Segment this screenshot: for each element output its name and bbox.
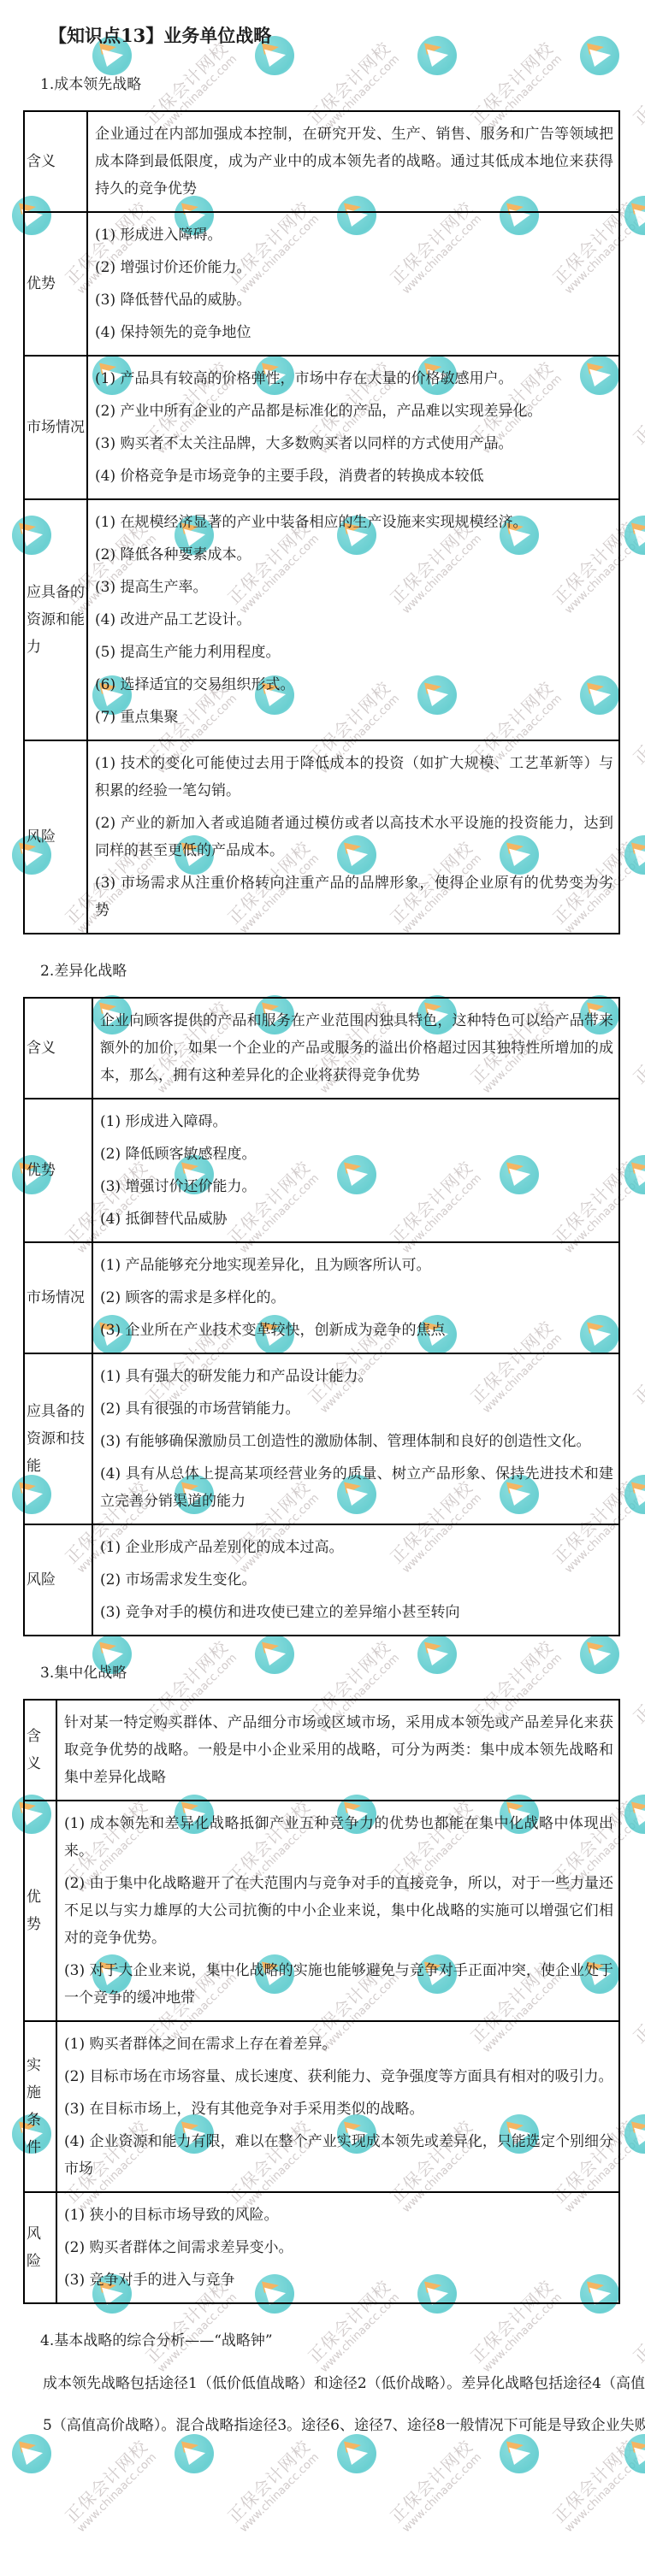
- cell-item: (2) 降低各种要素成本。: [95, 541, 613, 569]
- cell-item: (1) 技术的变化可能使过去用于降低成本的投资（如扩大规模、工艺革新等）与积累的…: [95, 750, 613, 805]
- table-row: 风险 (1) 企业形成产品差别化的成本过高。 (2) 市场需求发生变化。 (3)…: [25, 1524, 618, 1635]
- cell-item: (2) 产业中所有企业的产品都是标准化的产品，产品难以实现差异化。: [95, 398, 613, 425]
- table-row: 优势 (1) 形成进入障碍。 (2) 降低顾客敏感程度。 (3) 增强讨价还价能…: [25, 1098, 618, 1241]
- row-content: (1) 在规模经济显著的产业中装备相应的生产设施来实现规模经济。 (2) 降低各…: [88, 500, 618, 740]
- row-label: 风险: [25, 1525, 93, 1635]
- cell-item: (1) 企业形成产品差别化的成本过高。: [100, 1534, 613, 1561]
- cell-item: (3) 企业所在产业技术变革较快，创新成为竞争的焦点: [100, 1317, 613, 1344]
- row-label: 含义: [25, 999, 93, 1098]
- watermark-text: 正保会计网校www.chinaacc.com: [549, 2437, 645, 2536]
- cell-item: (3) 竞争对手的进入与竞争: [64, 2267, 613, 2294]
- cell-item: (2) 降低顾客敏感程度。: [100, 1141, 613, 1168]
- cell-item: (4) 改进产品工艺设计。: [95, 606, 613, 634]
- cell-item: (1) 成本领先和差异化战略抵御产业五种竞争力的优势也都能在集中化战略中体现出来…: [64, 1810, 613, 1865]
- row-content: (1) 产品能够充分地实现差异化，且为顾客所认可。 (2) 顾客的需求是多样化的…: [93, 1243, 618, 1353]
- row-label: 风险: [25, 2193, 57, 2302]
- page-title: 【知识点13】业务单位战略: [49, 22, 645, 48]
- section-heading-strategy-clock: 4.基本战略的综合分析——“战略钟”: [40, 2328, 645, 2349]
- table-row: 实施条件 (1) 购买者群体之间在需求上存在着差异。 (2) 目标市场在市场容量…: [25, 2020, 618, 2191]
- cost-leadership-table: 含义 企业通过在内部加强成本控制，在研究开发、生产、销售、服务和广告等领域把成本…: [23, 110, 620, 934]
- row-content: (1) 形成进入障碍。 (2) 降低顾客敏感程度。 (3) 增强讨价还价能力。 …: [93, 1099, 618, 1241]
- watermark-text: 正保会计网校www.chinaacc.com: [224, 2437, 323, 2536]
- cell-item: (3) 降低替代品的威胁。: [95, 286, 613, 314]
- row-content: 企业向顾客提供的产品和服务在产业范围内独具特色，这种特色可以给产品带来额外的加价…: [93, 999, 618, 1098]
- cell-item: (1) 产品具有较高的价格弹性，市场中存在大量的价格敏感用户。: [95, 365, 613, 392]
- cell-item: (2) 目标市场在市场容量、成长速度、获利能力、竞争强度等方面具有相对的吸引力。: [64, 2063, 613, 2090]
- cell-item: (4) 具有从总体上提高某项经营业务的质量、树立产品形象、保持先进技术和建立完善…: [100, 1460, 613, 1515]
- cell-item: 企业向顾客提供的产品和服务在产业范围内独具特色，这种特色可以给产品带来额外的加价…: [100, 1007, 613, 1089]
- document-content: 【知识点13】业务单位战略 1.成本领先战略 含义 企业通过在内部加强成本控制，…: [0, 22, 645, 2447]
- cell-item: (3) 增强讨价还价能力。: [100, 1173, 613, 1200]
- row-content: (1) 产品具有较高的价格弹性，市场中存在大量的价格敏感用户。 (2) 产业中所…: [88, 357, 618, 498]
- cell-item: (1) 产品能够充分地实现差异化，且为顾客所认可。: [100, 1252, 613, 1279]
- row-label: 优势: [25, 1099, 93, 1241]
- cell-item: (1) 购买者群体之间在需求上存在着差异。: [64, 2031, 613, 2058]
- cell-item: (4) 企业资源和能力有限，难以在整个产业实现成本领先或差异化，只能选定个别细分…: [64, 2128, 613, 2183]
- row-content: 针对某一特定购买群体、产品细分市场或区域市场，采用成本领先或产品差异化来获取竞争…: [57, 1701, 618, 1800]
- focus-strategy-table: 含义 针对某一特定购买群体、产品细分市场或区域市场，采用成本领先或产品差异化来获…: [23, 1699, 620, 2304]
- cell-item: (1) 具有强大的研发能力和产品设计能力。: [100, 1363, 613, 1390]
- section-heading-cost-leadership: 1.成本领先战略: [40, 72, 645, 93]
- row-label: 实施条件: [25, 2022, 57, 2191]
- cell-item: (1) 形成进入障碍。: [95, 221, 613, 249]
- cell-item: 针对某一特定购买群体、产品细分市场或区域市场，采用成本领先或产品差异化来获取竞争…: [64, 1709, 613, 1791]
- cell-item: (3) 在目标市场上，没有其他竞争对手采用类似的战略。: [64, 2096, 613, 2123]
- table-row: 市场情况 (1) 产品能够充分地实现差异化，且为顾客所认可。 (2) 顾客的需求…: [25, 1241, 618, 1353]
- row-content: 企业通过在内部加强成本控制，在研究开发、生产、销售、服务和广告等领域把成本降到最…: [88, 112, 618, 211]
- row-label: 优势: [25, 1801, 57, 2020]
- cell-item: (1) 形成进入障碍。: [100, 1108, 613, 1135]
- cell-item: (5) 提高生产能力利用程度。: [95, 639, 613, 666]
- cell-item: (3) 提高生产率。: [95, 574, 613, 601]
- cell-item: (3) 市场需求从注重价格转向注重产品的品牌形象，使得企业原有的优势变为劣势: [95, 869, 613, 924]
- watermark-text: 正保会计网校www.chinaacc.com: [62, 2437, 161, 2536]
- section-heading-differentiation: 2.差异化战略: [40, 958, 645, 980]
- row-label: 风险: [25, 741, 88, 933]
- row-label: 含义: [25, 1701, 57, 1800]
- row-label: 优势: [25, 213, 88, 355]
- differentiation-table: 含义 企业向顾客提供的产品和服务在产业范围内独具特色，这种特色可以给产品带来额外…: [23, 997, 620, 1636]
- cell-item: (3) 有能够确保激励员工创造性的激励体制、管理体制和良好的创造性文化。: [100, 1428, 613, 1455]
- row-content: (1) 形成进入障碍。 (2) 增强讨价还价能力。 (3) 降低替代品的威胁。 …: [88, 213, 618, 355]
- cell-item: (2) 市场需求发生变化。: [100, 1566, 613, 1594]
- table-row: 优势 (1) 形成进入障碍。 (2) 增强讨价还价能力。 (3) 降低替代品的威…: [25, 211, 618, 355]
- table-row: 含义 企业通过在内部加强成本控制，在研究开发、生产、销售、服务和广告等领域把成本…: [25, 112, 618, 211]
- row-label: 应具备的资源和技能: [25, 1354, 93, 1524]
- table-row: 风险 (1) 狭小的目标市场导致的风险。 (2) 购买者群体之间需求差异变小。 …: [25, 2191, 618, 2302]
- cell-item: (4) 保持领先的竞争地位: [95, 319, 613, 346]
- cell-item: (2) 顾客的需求是多样化的。: [100, 1284, 613, 1312]
- row-content: (1) 狭小的目标市场导致的风险。 (2) 购买者群体之间需求差异变小。 (3)…: [57, 2193, 618, 2302]
- row-content: (1) 技术的变化可能使过去用于降低成本的投资（如扩大规模、工艺革新等）与积累的…: [88, 741, 618, 933]
- cell-item: (3) 购买者不太关注品牌，大多数购买者以同样的方式使用产品。: [95, 430, 613, 457]
- table-row: 应具备的资源和技能 (1) 具有强大的研发能力和产品设计能力。 (2) 具有很强…: [25, 1353, 618, 1524]
- row-label: 应具备的资源和能力: [25, 500, 88, 740]
- row-content: (1) 购买者群体之间在需求上存在着差异。 (2) 目标市场在市场容量、成长速度…: [57, 2022, 618, 2191]
- cell-item: (2) 由于集中化战略避开了在大范围内与竞争对手的直接竞争，所以，对于一些力量还…: [64, 1870, 613, 1952]
- row-label: 市场情况: [25, 1243, 93, 1353]
- cell-item: (1) 狭小的目标市场导致的风险。: [64, 2202, 613, 2229]
- cell-item: (2) 增强讨价还价能力。: [95, 254, 613, 281]
- row-label: 含义: [25, 112, 88, 211]
- cell-item: (2) 购买者群体之间需求差异变小。: [64, 2234, 613, 2261]
- row-content: (1) 具有强大的研发能力和产品设计能力。 (2) 具有很强的市场营销能力。 (…: [93, 1354, 618, 1524]
- strategy-clock-summary: 成本领先战略包括途径1（低价低值战略）和途径2（低价战略）。差异化战略包括途径4…: [43, 2363, 645, 2447]
- section-heading-focus: 3.集中化战略: [40, 1660, 645, 1682]
- cell-item: (4) 抵御替代品威胁: [100, 1205, 613, 1233]
- cell-item: (2) 产业的新加入者或追随者通过模仿或者以高技术水平设施的投资能力，达到同样的…: [95, 810, 613, 864]
- row-content: (1) 成本领先和差异化战略抵御产业五种竞争力的优势也都能在集中化战略中体现出来…: [57, 1801, 618, 2020]
- table-row: 含义 企业向顾客提供的产品和服务在产业范围内独具特色，这种特色可以给产品带来额外…: [25, 999, 618, 1098]
- table-row: 应具备的资源和能力 (1) 在规模经济显著的产业中装备相应的生产设施来实现规模经…: [25, 498, 618, 740]
- watermark-text: 正保会计网校www.chinaacc.com: [387, 2437, 486, 2536]
- row-label: 市场情况: [25, 357, 88, 498]
- cell-item: (7) 重点集聚: [95, 704, 613, 731]
- cell-item: (2) 具有很强的市场营销能力。: [100, 1395, 613, 1423]
- cell-item: (6) 选择适宜的交易组织形式。: [95, 671, 613, 699]
- cell-item: 企业通过在内部加强成本控制，在研究开发、生产、销售、服务和广告等领域把成本降到最…: [95, 121, 613, 203]
- table-row: 优势 (1) 成本领先和差异化战略抵御产业五种竞争力的优势也都能在集中化战略中体…: [25, 1800, 618, 2020]
- cell-item: (3) 竞争对手的模仿和进攻使已建立的差异缩小甚至转向: [100, 1599, 613, 1626]
- row-content: (1) 企业形成产品差别化的成本过高。 (2) 市场需求发生变化。 (3) 竞争…: [93, 1525, 618, 1635]
- cell-item: (3) 对于大企业来说，集中化战略的实施也能够避免与竞争对手正面冲突，使企业处于…: [64, 1957, 613, 2012]
- table-row: 风险 (1) 技术的变化可能使过去用于降低成本的投资（如扩大规模、工艺革新等）与…: [25, 740, 618, 933]
- cell-item: (4) 价格竞争是市场竞争的主要手段，消费者的转换成本较低: [95, 463, 613, 490]
- table-row: 含义 针对某一特定购买群体、产品细分市场或区域市场，采用成本领先或产品差异化来获…: [25, 1701, 618, 1800]
- cell-item: (1) 在规模经济显著的产业中装备相应的生产设施来实现规模经济。: [95, 509, 613, 536]
- table-row: 市场情况 (1) 产品具有较高的价格弹性，市场中存在大量的价格敏感用户。 (2)…: [25, 355, 618, 498]
